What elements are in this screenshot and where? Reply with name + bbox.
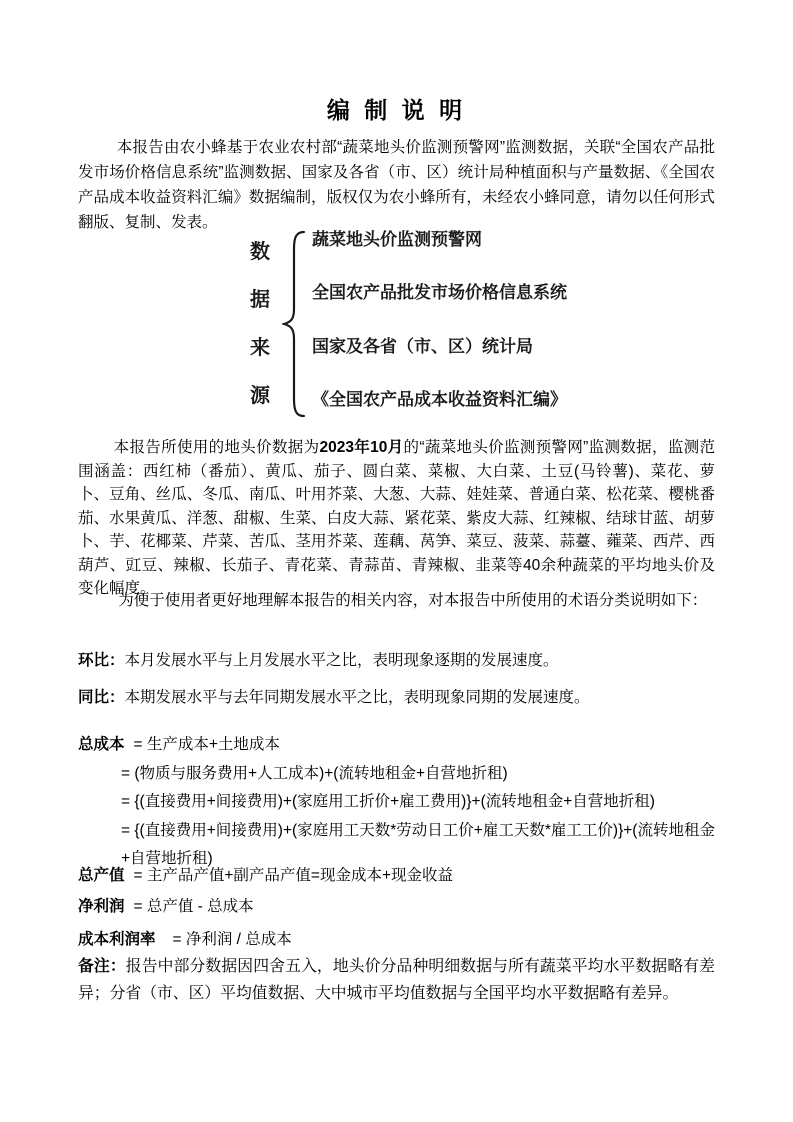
term-note-colon: ：: [110, 958, 126, 975]
data-source-diagram: 数 据 来 源 蔬菜地头价监测预警网 全国农产品批发市场价格信息系统 国家及各省…: [248, 228, 668, 423]
term-note: 备注：报告中部分数据因四舍五入，地头价分品种明细数据与所有蔬菜平均水平数据略有差…: [78, 953, 715, 1007]
coverage-paragraph: 本报告所使用的地头价数据为2023年10月的“蔬菜地头价监测预警网”监测数据，监…: [78, 436, 715, 601]
term-cost-profit-rate: 成本利润率= 净利润 / 总成本: [78, 928, 715, 952]
net-profit-eq-text: = 总产值 - 总成本: [134, 898, 254, 915]
data-source-label-char: 源: [248, 386, 272, 406]
term-net-profit-label: 净利润: [78, 898, 125, 915]
total-cost-equation-1: 总成本= 生产成本+土地成本: [78, 731, 715, 760]
term-total-cost: 总成本= 生产成本+土地成本 = (物质与服务费用+人工成本)+(流转地租金+自…: [78, 731, 715, 874]
term-mom: 环比：本月发展水平与上月发展水平之比，表明现象逐期的发展速度。: [78, 649, 715, 673]
term-note-label: 备注: [78, 958, 110, 975]
total-cost-equation-2: = (物质与服务费用+人工成本)+(流转地租金+自营地折租): [78, 760, 715, 789]
curly-brace-icon: [282, 230, 306, 418]
term-cost-profit-rate-label: 成本利润率: [78, 931, 156, 948]
term-yoy-colon: ：: [109, 689, 125, 706]
term-yoy: 同比：本期发展水平与去年同期发展水平之比，表明现象同期的发展速度。: [78, 686, 715, 710]
term-total-cost-label: 总成本: [78, 736, 125, 753]
page-title: 编 制 说 明: [0, 92, 793, 125]
data-source-item: 《全国农产品成本收益资料汇编》: [312, 390, 567, 410]
coverage-text-prefix: 本报告所使用的地头价数据为: [114, 439, 320, 456]
term-mom-text: 本月发展水平与上月发展水平之比，表明现象逐期的发展速度。: [125, 652, 559, 669]
data-source-item: 国家及各省（市、区）统计局: [312, 337, 567, 357]
term-yoy-text: 本期发展水平与去年同期发展水平之比，表明现象同期的发展速度。: [125, 689, 590, 706]
term-total-output-label: 总产值: [78, 867, 125, 884]
data-source-label: 数 据 来 源: [248, 242, 272, 406]
report-page: 编 制 说 明 本报告由农小蜂基于农业农村部“蔬菜地头价监测预警网”监测数据，关…: [0, 0, 793, 1122]
coverage-text-suffix: 的“蔬菜地头价监测预警网”监测数据，监测范围涵盖：西红柿（番茄）、黄瓜、茄子、圆…: [78, 439, 715, 597]
total-cost-eq-text: = 生产成本+土地成本: [134, 736, 280, 753]
term-mom-label: 环比: [78, 652, 109, 669]
data-source-items: 蔬菜地头价监测预警网 全国农产品批发市场价格信息系统 国家及各省（市、区）统计局…: [312, 230, 567, 410]
term-mom-colon: ：: [109, 652, 125, 669]
data-source-label-char: 来: [248, 338, 272, 358]
term-yoy-label: 同比: [78, 689, 109, 706]
term-total-output-value: 总产值= 主产品产值+副产品产值=现金成本+现金收益: [78, 864, 715, 888]
terms-intro-paragraph: 为便于使用者更好地理解本报告的相关内容，对本报告中所使用的术语分类说明如下：: [78, 589, 715, 613]
intro-paragraph: 本报告由农小蜂基于农业农村部“蔬菜地头价监测预警网”监测数据，关联“全国农产品批…: [78, 135, 715, 235]
data-source-label-char: 数: [248, 242, 272, 262]
total-cost-equation-3: = {(直接费用+间接费用)+(家庭用工折价+雇工费用)}+(流转地租金+自营地…: [78, 788, 715, 817]
data-source-item: 蔬菜地头价监测预警网: [312, 230, 567, 250]
report-month: 2023年10月: [319, 439, 403, 456]
data-source-label-char: 据: [248, 290, 272, 310]
data-source-item: 全国农产品批发市场价格信息系统: [312, 283, 567, 303]
total-output-eq-text: = 主产品产值+副产品产值=现金成本+现金收益: [134, 867, 454, 884]
cost-profit-rate-eq-text: = 净利润 / 总成本: [173, 931, 292, 948]
term-net-profit: 净利润= 总产值 - 总成本: [78, 895, 715, 919]
note-text: 报告中部分数据因四舍五入，地头价分品种明细数据与所有蔬菜平均水平数据略有差异；分…: [78, 958, 715, 1002]
